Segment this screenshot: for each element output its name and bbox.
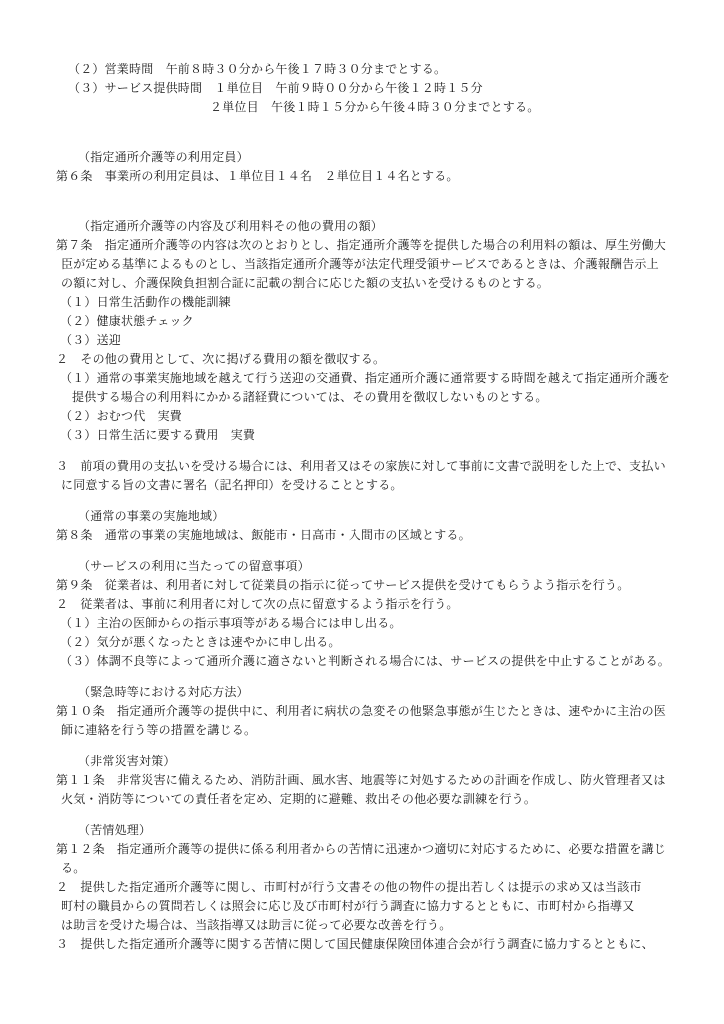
article10-line2: 師に連絡を行う等の措置を講じる。 <box>61 721 668 740</box>
article11-line2: 火気・消防等についての責任者を定め、定期的に避難、救出その他必要な訓練を行う。 <box>61 790 668 809</box>
article11-line1: 第１１条 非常災害に備えるため、消防計画、風水害、地震等に対処するための計画を作… <box>56 771 668 790</box>
heading-fees: （指定通所介護等の内容及び利用料その他の費用の額） <box>78 217 668 236</box>
article9-item2: （２）気分が悪くなったときは速やかに申し出る。 <box>60 633 668 652</box>
article12-para2-line1: ２ 提供した指定通所介護等に関し、市町村が行う文書その他の物件の提出若しくは提示… <box>56 878 668 897</box>
article12-line1: 第１２条 指定通所介護等の提供に係る利用者からの苦情に迅速かつ適切に対応するため… <box>56 840 668 859</box>
heading-emergency: （緊急時等における対応方法） <box>78 683 668 702</box>
article9-item1: （１）主治の医師からの指示事項等がある場合には申し出る。 <box>60 614 668 633</box>
article12-para3: ３ 提供した指定通所介護等に関する苦情に関して国民健康保険団体連合会が行う調査に… <box>56 935 668 954</box>
article12-para2-line2: 町村の職員からの質問若しくは照会に応じ及び市町村が行う調査に協力するとともに、市… <box>61 897 668 916</box>
article12-para2-line3: は助言を受けた場合は、当該指導又は助言に従って必要な改善を行う。 <box>61 916 668 935</box>
article7-para2: ２ その他の費用として、次に掲げる費用の額を徴収する。 <box>56 350 668 369</box>
article7-item3: （３）送迎 <box>60 331 668 350</box>
article9-para2: ２ 従業者は、事前に利用者に対して次の点に留意するよう指示を行う。 <box>56 595 668 614</box>
article8-service-area: 第８条 通常の事業の実施地域は、飯能市・日高市・入間市の区域とする。 <box>56 526 668 545</box>
heading-usage-notes: （サービスの利用に当たっての留意事項） <box>78 557 668 576</box>
article12-line2: る。 <box>61 859 668 878</box>
article7-line1: 第７条 指定通所介護等の内容は次のとおりとし、指定通所介護等を提供した場合の利用… <box>56 236 668 255</box>
clause5-item2-business-hours: （２）営業時間 午前８時３０分から午後１７時３０分までとする。 <box>68 60 668 79</box>
article7-item2: （２）健康状態チェック <box>60 312 668 331</box>
document-page: （２）営業時間 午前８時３０分から午後１７時３０分までとする。（３）サービス提供… <box>0 0 724 1024</box>
article7-line3: の額に対し、介護保険負担割合証に記載の割合に応じた額の支払いを受けるものとする。 <box>61 274 668 293</box>
article10-line1: 第１０条 指定通所介護等の提供中に、利用者に病状の急変その他緊急事態が生じたとき… <box>56 702 668 721</box>
article7-para2-item1-line1: （１）通常の事業実施地域を越えて行う送迎の交通費、指定通所介護に通常要する時間を… <box>60 369 668 388</box>
heading-disaster: （非常災害対策） <box>78 752 668 771</box>
article9-para1: 第９条 従業者は、利用者に対して従業員の指示に従ってサービス提供を受けてもらうよ… <box>56 576 668 595</box>
article7-item1: （１）日常生活動作の機能訓練 <box>60 293 668 312</box>
heading-service-area: （通常の事業の実施地域） <box>78 507 668 526</box>
clause5-item3-unit2: ２単位目 午後１時１５分から午後４時３０分までとする。 <box>210 98 668 117</box>
article6-capacity: 第６条 事業所の利用定員は、１単位目１４名 ２単位目１４名とする。 <box>56 167 668 186</box>
article7-para2-item2: （２）おむつ代 実費 <box>60 407 668 426</box>
article7-para2-item1-line2: 提供する場合の利用料にかかる諸経費については、その費用を徴収しないものとする。 <box>72 388 668 407</box>
heading-capacity: （指定通所介護等の利用定員） <box>78 148 668 167</box>
article7-para3-line1: ３ 前項の費用の支払いを受ける場合には、利用者又はその家族に対して事前に文書で説… <box>56 457 668 476</box>
article7-para3-line2: に同意する旨の文書に署名（記名押印）を受けることとする。 <box>61 476 668 495</box>
document-body: （２）営業時間 午前８時３０分から午後１７時３０分までとする。（３）サービス提供… <box>56 60 668 954</box>
clause5-item3-service-hours: （３）サービス提供時間 １単位目 午前９時００分から午後１２時１５分 <box>68 79 668 98</box>
article9-item3: （３）体調不良等によって通所介護に適さないと判断される場合には、サービスの提供を… <box>60 652 668 671</box>
heading-complaints: （苦情処理） <box>78 821 668 840</box>
article7-para2-item3: （３）日常生活に要する費用 実費 <box>60 426 668 445</box>
article7-line2: 臣が定める基準によるものとし、当該指定通所介護等が法定代理受領サービスであるとき… <box>61 255 668 274</box>
